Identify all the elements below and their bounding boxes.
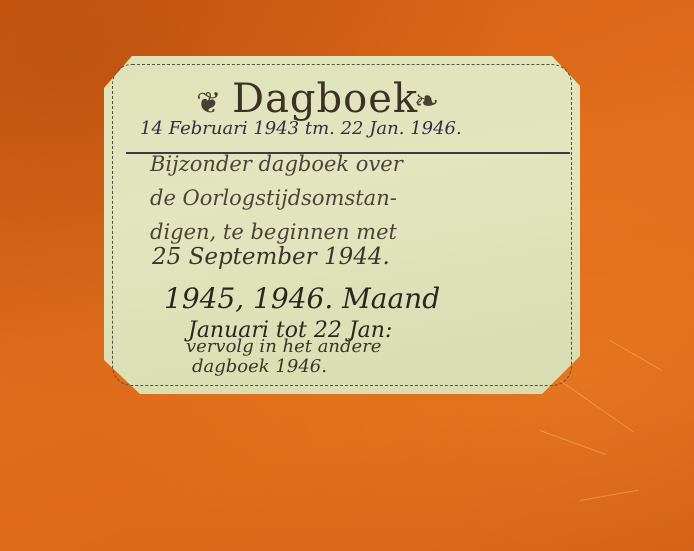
label-line: dagboek 1946.	[192, 356, 327, 377]
scratch-mark	[580, 490, 639, 501]
label-line: 25 September 1944.	[152, 244, 390, 270]
label-line: vervolg in het andere	[186, 336, 381, 357]
label-line: Bijzonder dagboek over	[150, 152, 403, 176]
flourish-ornament-right: ❧	[414, 84, 439, 119]
label-line: digen, te beginnen met	[150, 220, 397, 244]
label-title: Dagboek	[232, 76, 418, 122]
scratch-mark	[540, 430, 606, 455]
label-line: de Oorlogstijdsomstan-	[150, 186, 397, 210]
scratch-mark	[560, 380, 634, 432]
label-line: 1945, 1946. Maand	[164, 282, 440, 315]
scratch-mark	[610, 340, 662, 371]
date-range: 14 Februari 1943 tm. 22 Jan. 1946.	[140, 118, 462, 139]
flourish-ornament-left: ❦	[196, 86, 221, 121]
